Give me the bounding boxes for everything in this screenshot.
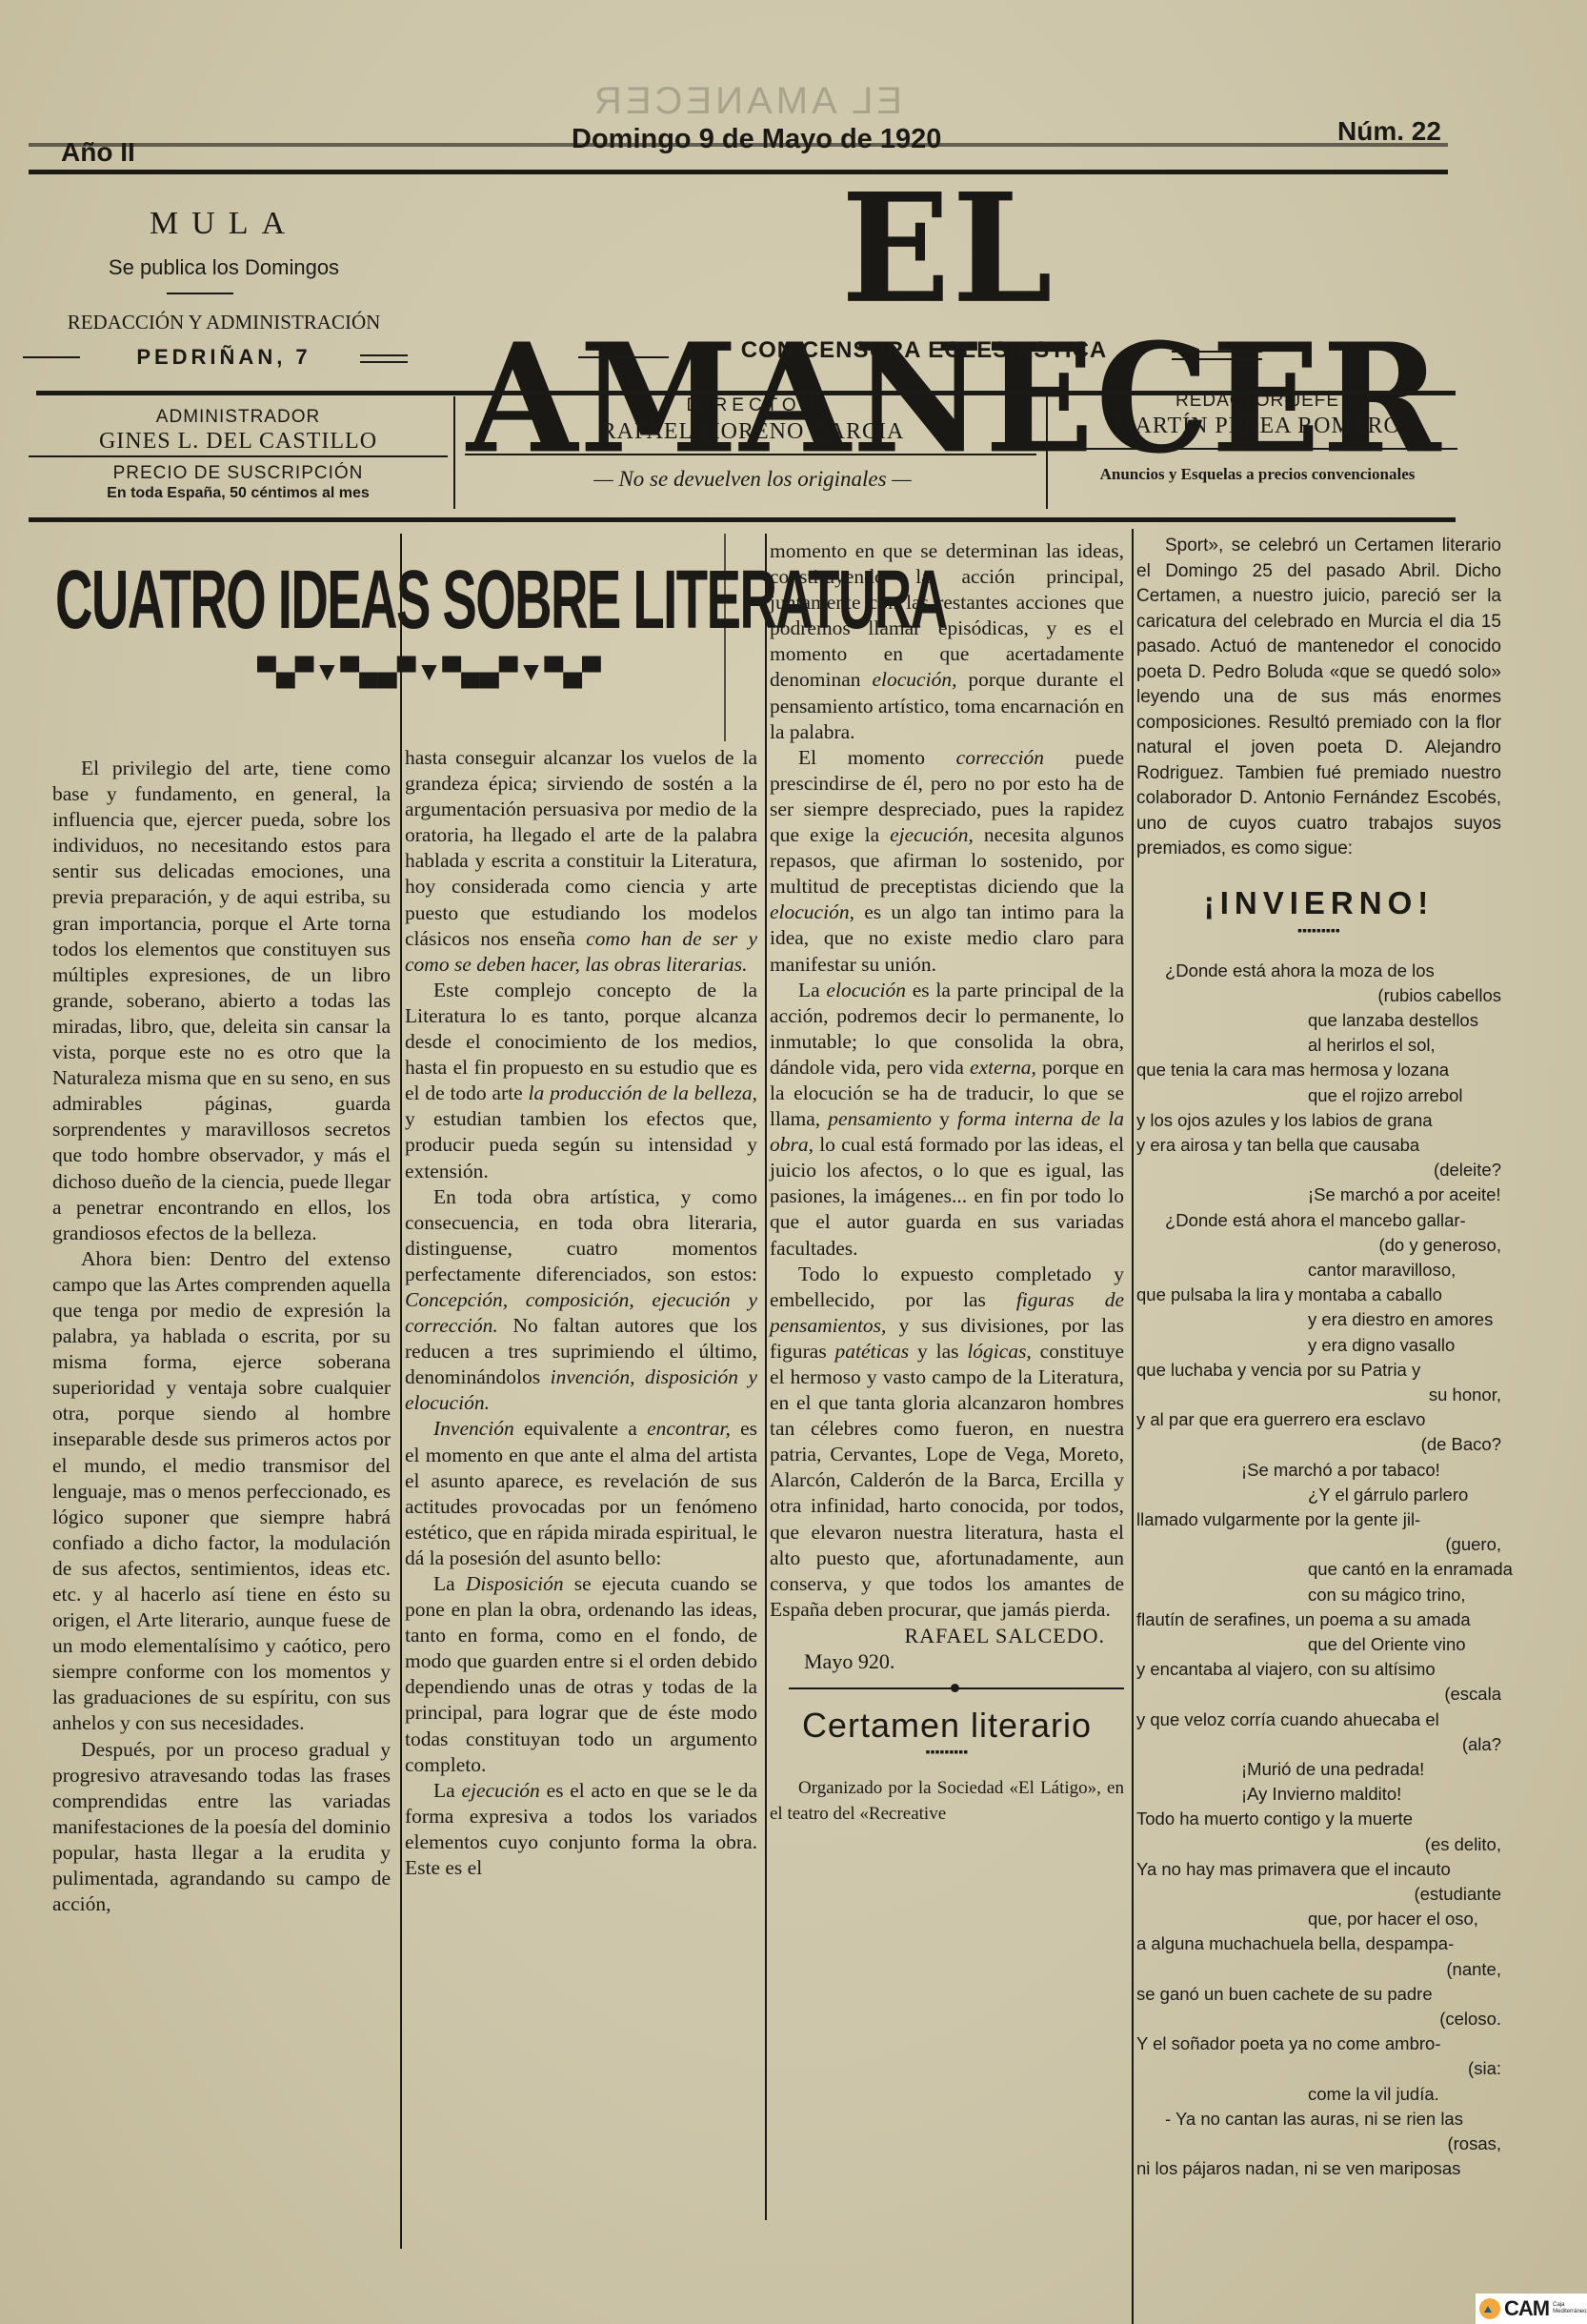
article-column-3: momento en que se determinan las ideas, … [770,538,1124,1828]
poem-line: ¡Ay Invierno maldito! [1136,1782,1501,1807]
paragraph: momento en que se determinan las ideas, … [770,538,1124,745]
masthead-top-rule [29,143,1448,147]
poem-line: su honor, [1136,1383,1501,1407]
poem-line: come la vil judía. [1136,2082,1501,2107]
poem-line: con su mágico trino, [1136,1583,1501,1607]
divider [29,455,448,457]
poem-line: (celoso. [1136,2007,1501,2031]
paragraph: La elocución es la parte principal de la… [770,978,1124,1262]
office-label: REDACCIÓN Y ADMINISTRACIÓN [38,311,410,334]
poem-line: Y el soñador poeta ya no come ambro- [1136,2031,1501,2056]
divider [360,361,408,363]
poem-line: (guero, [1136,1532,1501,1557]
poem-line: (deleite? [1136,1158,1501,1182]
editor-label: REDACTOR-JEFE [1057,391,1457,412]
paragraph: Ahora bien: Dentro del extenso campo que… [52,1246,391,1737]
poem-line: Ya no hay mas primavera que el incauto [1136,1857,1501,1882]
poem-line: ¿Donde está ahora el mancebo gallar- [1136,1208,1501,1233]
poem-line: que lanzaba destellos [1136,1008,1501,1033]
poem-line: (escala [1136,1682,1501,1707]
publication-frequency: Se publica los Domingos [57,255,391,280]
article-headline: CUATRO IDEAS SOBRE LITERATURA [55,557,575,641]
certamen-text: Sport», se celebró un Certamen literario… [1136,534,1501,862]
staff-divider [453,396,455,509]
certamen-column: Sport», se celebró un Certamen literario… [1136,534,1501,2181]
newspaper-page: EL AMANECER Año II Domingo 9 de Mayo de … [0,0,1587,2324]
poem-line: (rubios cabellos [1136,983,1501,1008]
article-author: RAFAEL SALCEDO. [770,1623,1105,1648]
poem-line: flautín de serafines, un poema a su amad… [1136,1607,1501,1632]
office-address: PEDRIÑAN, 7 [38,345,410,370]
administrator-name: GINES L. DEL CASTILLO [38,429,438,455]
poem-line: (ala? [1136,1732,1501,1757]
editor-name: MARTÍN PEREA ROMERO [1057,414,1457,439]
poem-line: ¡Se marchó a por tabaco! [1136,1458,1501,1483]
poem-line: ¿Y el gárrulo parlero [1136,1483,1501,1507]
divider [1057,448,1457,450]
cam-logo-icon [1479,2298,1500,2319]
paragraph: La ejecución es el acto en que se le da … [405,1778,757,1881]
poem-line: y era digno vasallo [1136,1333,1501,1358]
town-name: MULA [57,206,391,242]
staff-divider [1046,396,1048,509]
column-rule [1132,529,1134,2324]
paragraph: hasta conseguir alcanzar los vuelos de l… [405,745,757,978]
article-column-1: El privilegio del arte, tiene como base … [52,756,391,1917]
divider [1172,358,1262,360]
bleed-through-text: EL AMANECER [591,80,902,123]
paragraph: Después, por un proceso gradual y progre… [52,1737,391,1918]
paragraph: Este complejo concepto de la Literatura … [405,978,757,1184]
poem-line: a alguna muchachuela bella, despampa- [1136,1931,1501,1956]
divider [1172,351,1262,353]
poem-line: (de Baco? [1136,1432,1501,1457]
poem-line: y que veloz corría cuando ahuecaba el [1136,1708,1501,1732]
divider [578,356,669,358]
poem-line: ¡Se marchó a por aceite! [1136,1182,1501,1207]
certamen-title: Certamen literario [770,1712,1124,1738]
ads-notice: Anuncios y Esquelas a precios convencion… [1057,465,1457,484]
poem-line: llamado vulgarmente por la gente jil- [1136,1507,1501,1532]
divider [465,454,1036,455]
headline-ornament-icon: ▀▄▀▼▀▄▄▀▼▀▄▄▀▼▀▄▀ [257,657,601,688]
paragraph: En toda obra artística, y como consecuen… [405,1184,757,1417]
poem-line: y era diestro en amores [1136,1307,1501,1332]
poem-line: Todo ha muerto contigo y la muerte [1136,1807,1501,1831]
poem-line: que, por hacer el oso, [1136,1907,1501,1931]
poem-line: ni los pájaros nadan, ni se ven mariposa… [1136,2156,1501,2181]
divider [360,354,408,356]
poem-line: que cantó en la enramada [1136,1557,1501,1582]
paragraph: Invención equivalente a encontrar, es el… [405,1416,757,1571]
poem-line: que del Oriente vino [1136,1632,1501,1657]
paragraph: Todo lo expuesto completado y embellecid… [770,1262,1124,1623]
poem-title: ¡INVIERNO! [1136,891,1501,917]
issue-date: Domingo 9 de Mayo de 1920 [572,124,941,155]
certamen-intro: Organizado por la Sociedad «El Látigo», … [770,1775,1124,1827]
year-label: Año II [61,137,135,168]
poem-body: ¿Donde está ahora la moza de los(rubios … [1136,959,1501,2182]
poem-line: (rosas, [1136,2132,1501,2156]
cam-watermark-logo: CAM CajaMediterráneo [1476,2294,1587,2324]
divider [167,293,233,294]
administrator-label: ADMINISTRADOR [38,407,438,428]
poem-line: ¿Donde está ahora la moza de los [1136,959,1501,983]
poem-line: y al par que era guerrero era esclavo [1136,1407,1501,1432]
cam-brand: CAM [1504,2296,1549,2321]
poem-line: ¡Murió de una pedrada! [1136,1757,1501,1782]
originals-notice: — No se devuelven los originales — [467,467,1038,492]
poem-line: se ganó un buen cachete de su padre [1136,1982,1501,2007]
poem-line: y encantaba al viajero, con su altísimo [1136,1657,1501,1682]
poem-line: (do y generoso, [1136,1233,1501,1258]
ornamental-divider [789,1687,1124,1689]
poem-line: y era airosa y tan bella que causaba [1136,1133,1501,1158]
subscription-label: PRECIO DE SUSCRIPCIÓN [38,463,438,484]
cam-subtitle: CajaMediterráneo [1553,2302,1586,2315]
director-name: RAFAEL MORENO GARCIA [467,419,1038,445]
poem-line: y los ojos azules y los labios de grana [1136,1108,1501,1133]
poem-line: - Ya no cantan las auras, ni se rien las [1136,2107,1501,2132]
poem-line: que luchaba y vencia por su Patria y [1136,1358,1501,1383]
article-date: Mayo 920. [804,1648,1124,1674]
poem-line: (nante, [1136,1957,1501,1982]
paragraph: El privilegio del arte, tiene como base … [52,756,391,1246]
poem-line: que pulsaba la lira y montaba a caballo [1136,1283,1501,1307]
paragraph: La Disposición se ejecuta cuando se pone… [405,1571,757,1778]
article-column-2: hasta conseguir alcanzar los vuelos de l… [405,745,757,1881]
subscription-price: En toda España, 50 céntimos al mes [38,485,438,502]
poem-line: al herirlos el sol, [1136,1033,1501,1058]
staff-bottom-rule [29,517,1456,522]
director-label: DIRECTOR [467,395,1038,416]
poem-line: que tenia la cara mas hermosa y lozana [1136,1058,1501,1082]
column-rule [400,534,402,2249]
poem-line: (es delito, [1136,1832,1501,1857]
poem-line: cantor maravilloso, [1136,1258,1501,1283]
paragraph: El momento corrección puede prescindirse… [770,745,1124,978]
column-rule [765,534,767,2220]
censorship-note: CON CENSURA ECLESIASTICA [667,337,1181,364]
poem-line: que el rojizo arrebol [1136,1083,1501,1108]
poem-line: (sia: [1136,2056,1501,2081]
poem-line: (estudiante [1136,1882,1501,1907]
poem-title-dots: ▪▪▪▪▪▪▪▪▪ [1136,918,1501,943]
divider-dot-icon [951,1684,959,1692]
